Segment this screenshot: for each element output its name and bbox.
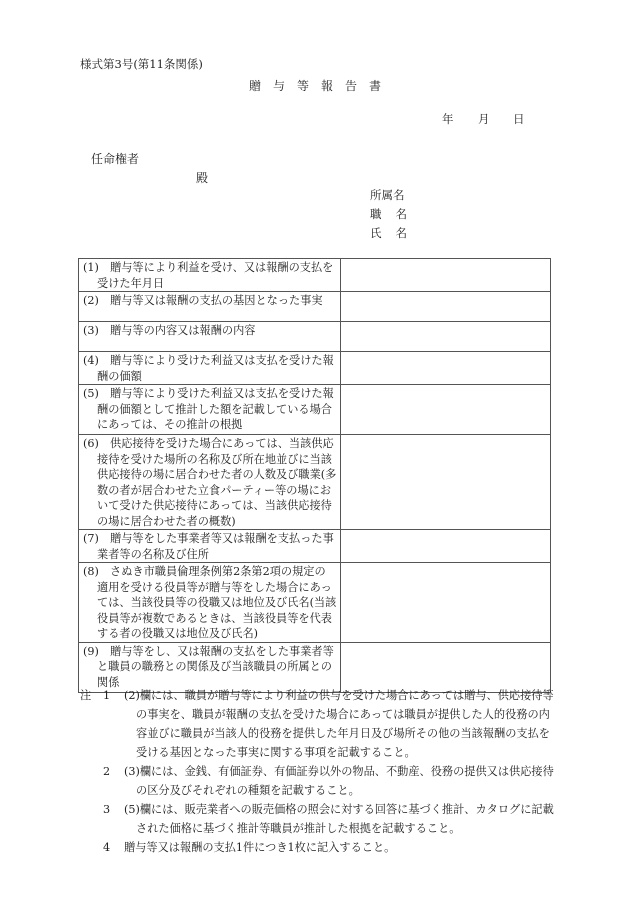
title-char: 書 (369, 77, 381, 94)
table-row: (3) 贈与等の内容又は報酬の内容 (79, 322, 551, 352)
row-label-text: (7) 贈与等をした事業者等又は報酬を支払った事業者等の名称及び住所 (83, 531, 336, 562)
document-title: 贈与等報告書 (0, 77, 630, 94)
row-value-cell[interactable] (341, 435, 551, 530)
note-number: 4 (103, 838, 110, 857)
honorific-label: 殿 (196, 169, 208, 186)
row-label: (7) 贈与等をした事業者等又は報酬を支払った事業者等の名称及び住所 (79, 530, 341, 563)
table-row: (1) 贈与等により利益を受け、又は報酬の支払を受けた年月日 (79, 259, 551, 292)
row-label: (2) 贈与等又は報酬の支払の基因となった事実 (79, 292, 341, 322)
title-char: 与 (273, 77, 285, 94)
post-label-char: 職 (370, 207, 382, 221)
addressee-label: 任命権者 (91, 150, 139, 167)
name-label-char: 氏 (370, 226, 382, 240)
row-label: (6) 供応接待を受けた場合にあっては、当該供応接待を受けた場所の名称及び所在地… (79, 435, 341, 530)
note-text: (2)欄には、職員が贈与等により利益の供与を受けた場合にあっては贈与、供応接待等… (116, 686, 560, 762)
title-char: 贈 (249, 77, 261, 94)
form-number: 様式第3号(第11条関係) (80, 56, 203, 72)
note-text: (5)欄には、販売業者への販売価格の照会に対する回答に基づく推計、カタログに記載… (116, 800, 560, 838)
note-number: 2 (103, 762, 110, 781)
post-label: 職名 (370, 206, 407, 222)
table-row: (7) 贈与等をした事業者等又は報酬を支払った事業者等の名称及び住所 (79, 530, 551, 563)
note-item: 2 (3)欄には、金銭、有価証券、有価証券以外の物品、不動産、役務の提供又は供応… (80, 762, 560, 800)
note-text: 贈与等又は報酬の支払1件につき1枚に記入すること。 (116, 838, 560, 857)
row-label: (4) 贈与等により受けた利益又は支払を受けた報酬の価額 (79, 352, 341, 385)
note-item: 4 贈与等又は報酬の支払1件につき1枚に記入すること。 (80, 838, 560, 857)
row-label-text: (5) 贈与等により受けた利益又は支払を受けた報酬の価額として推計した額を記載し… (83, 386, 336, 433)
row-value-cell[interactable] (341, 352, 551, 385)
notes-section: 注 1 (2)欄には、職員が贈与等により利益の供与を受けた場合にあっては贈与、供… (80, 686, 560, 857)
row-label: (3) 贈与等の内容又は報酬の内容 (79, 322, 341, 352)
note-number: 3 (103, 800, 110, 819)
date-month-field[interactable]: 月 (478, 111, 490, 127)
row-value-cell[interactable] (341, 642, 551, 692)
name-label-char: 名 (396, 226, 408, 240)
row-label: (5) 贈与等により受けた利益又は支払を受けた報酬の価額として推計した額を記載し… (79, 385, 341, 435)
row-label-text: (4) 贈与等により受けた利益又は支払を受けた報酬の価額 (83, 353, 336, 384)
row-label-text: (2) 贈与等又は報酬の支払の基因となった事実 (83, 293, 336, 309)
row-label-text: (3) 贈与等の内容又は報酬の内容 (83, 323, 336, 339)
row-label-text: (9) 贈与等をし、又は報酬の支払をした事業者等と職員の職務との関係及び当該職員… (83, 644, 336, 691)
row-value-cell[interactable] (341, 385, 551, 435)
title-char: 告 (345, 77, 357, 94)
row-value-cell[interactable] (341, 530, 551, 563)
date-day-field[interactable]: 日 (513, 111, 525, 127)
title-char: 等 (297, 77, 309, 94)
name-label: 氏名 (370, 225, 407, 241)
row-value-cell[interactable] (341, 563, 551, 643)
note-item: 1 (2)欄には、職員が贈与等により利益の供与を受けた場合にあっては贈与、供応接… (80, 686, 560, 762)
title-char: 報 (321, 77, 333, 94)
row-label: (8) さぬき市職員倫理条例第2条第2項の規定の適用を受ける役員等が贈与等をした… (79, 563, 341, 643)
table-row: (2) 贈与等又は報酬の支払の基因となった事実 (79, 292, 551, 322)
table-row: (5) 贈与等により受けた利益又は支払を受けた報酬の価額として推計した額を記載し… (79, 385, 551, 435)
note-item: 3 (5)欄には、販売業者への販売価格の照会に対する回答に基づく推計、カタログに… (80, 800, 560, 838)
row-value-cell[interactable] (341, 322, 551, 352)
table-row: (6) 供応接待を受けた場合にあっては、当該供応接待を受けた場所の名称及び所在地… (79, 435, 551, 530)
table-row: (9) 贈与等をし、又は報酬の支払をした事業者等と職員の職務との関係及び当該職員… (79, 642, 551, 692)
row-value-cell[interactable] (341, 292, 551, 322)
row-label: (1) 贈与等により利益を受け、又は報酬の支払を受けた年月日 (79, 259, 341, 292)
report-table: (1) 贈与等により利益を受け、又は報酬の支払を受けた年月日 (2) 贈与等又は… (78, 258, 551, 693)
row-label-text: (8) さぬき市職員倫理条例第2条第2項の規定の適用を受ける役員等が贈与等をした… (83, 564, 336, 642)
table-row: (8) さぬき市職員倫理条例第2条第2項の規定の適用を受ける役員等が贈与等をした… (79, 563, 551, 643)
date-year-field[interactable]: 年 (442, 111, 454, 127)
row-label-text: (6) 供応接待を受けた場合にあっては、当該供応接待を受けた場所の名称及び所在地… (83, 436, 336, 529)
table-row: (4) 贈与等により受けた利益又は支払を受けた報酬の価額 (79, 352, 551, 385)
affiliation-label: 所属名 (370, 187, 405, 203)
row-label: (9) 贈与等をし、又は報酬の支払をした事業者等と職員の職務との関係及び当該職員… (79, 642, 341, 692)
note-number: 1 (103, 686, 110, 705)
row-label-text: (1) 贈与等により利益を受け、又は報酬の支払を受けた年月日 (83, 260, 336, 291)
post-label-char: 名 (396, 207, 408, 221)
row-value-cell[interactable] (341, 259, 551, 292)
note-text: (3)欄には、金銭、有価証券、有価証券以外の物品、不動産、役務の提供又は供応接待… (116, 762, 560, 800)
